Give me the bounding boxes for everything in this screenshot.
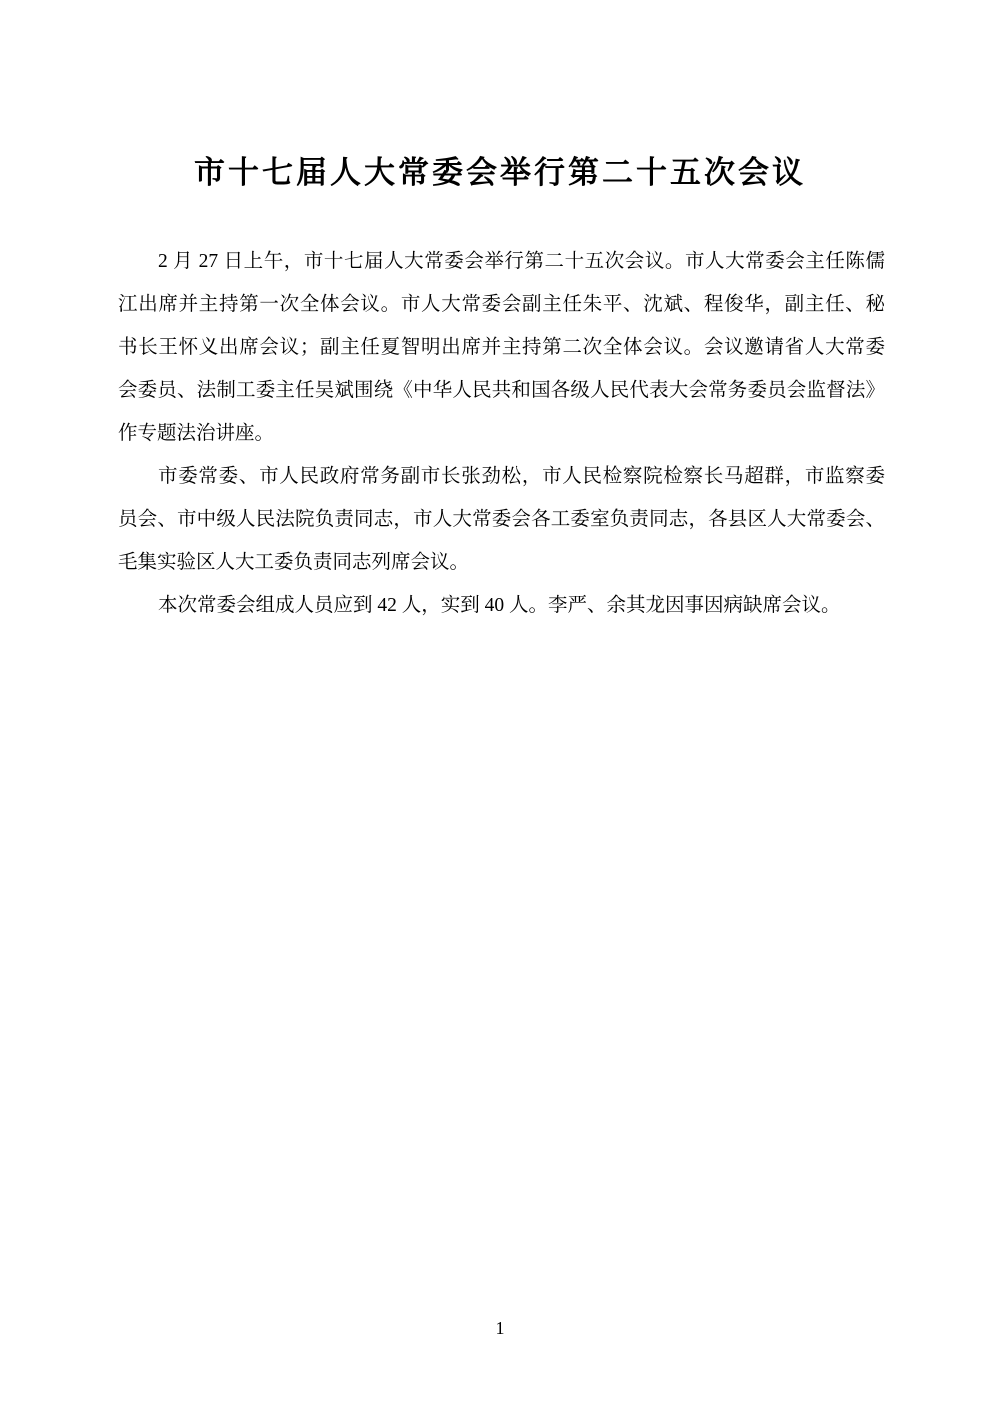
text-line: 市委常委、市人民政府常务副市长张劲松，市人民检察院检察长马超群，市监察委 <box>118 455 885 498</box>
text-line: 江出席并主持第一次全体会议。市人大常委会副主任朱平、沈斌、程俊华，副主任、秘 <box>118 283 885 326</box>
document-page: 市十七届人大常委会举行第二十五次会议 2 月 27 日上午，市十七届人大常委会举… <box>0 0 1000 1415</box>
document-body: 2 月 27 日上午，市十七届人大常委会举行第二十五次会议。市人大常委会主任陈儒… <box>118 240 885 627</box>
text-line: 书长王怀义出席会议；副主任夏智明出席并主持第二次全体会议。会议邀请省人大常委 <box>118 326 885 369</box>
text-line: 本次常委会组成人员应到 42 人，实到 40 人。李严、余其龙因事因病缺席会议。 <box>118 584 885 627</box>
document-title: 市十七届人大常委会举行第二十五次会议 <box>0 147 1000 192</box>
text-line: 作专题法治讲座。 <box>118 412 885 455</box>
text-line: 2 月 27 日上午，市十七届人大常委会举行第二十五次会议。市人大常委会主任陈儒 <box>118 240 885 283</box>
text-line: 毛集实验区人大工委负责同志列席会议。 <box>118 541 885 584</box>
text-line: 员会、市中级人民法院负责同志，市人大常委会各工委室负责同志，各县区人大常委会、 <box>118 498 885 541</box>
page-number: 1 <box>0 1315 1000 1341</box>
text-line: 会委员、法制工委主任吴斌围绕《中华人民共和国各级人民代表大会常务委员会监督法》 <box>118 369 885 412</box>
